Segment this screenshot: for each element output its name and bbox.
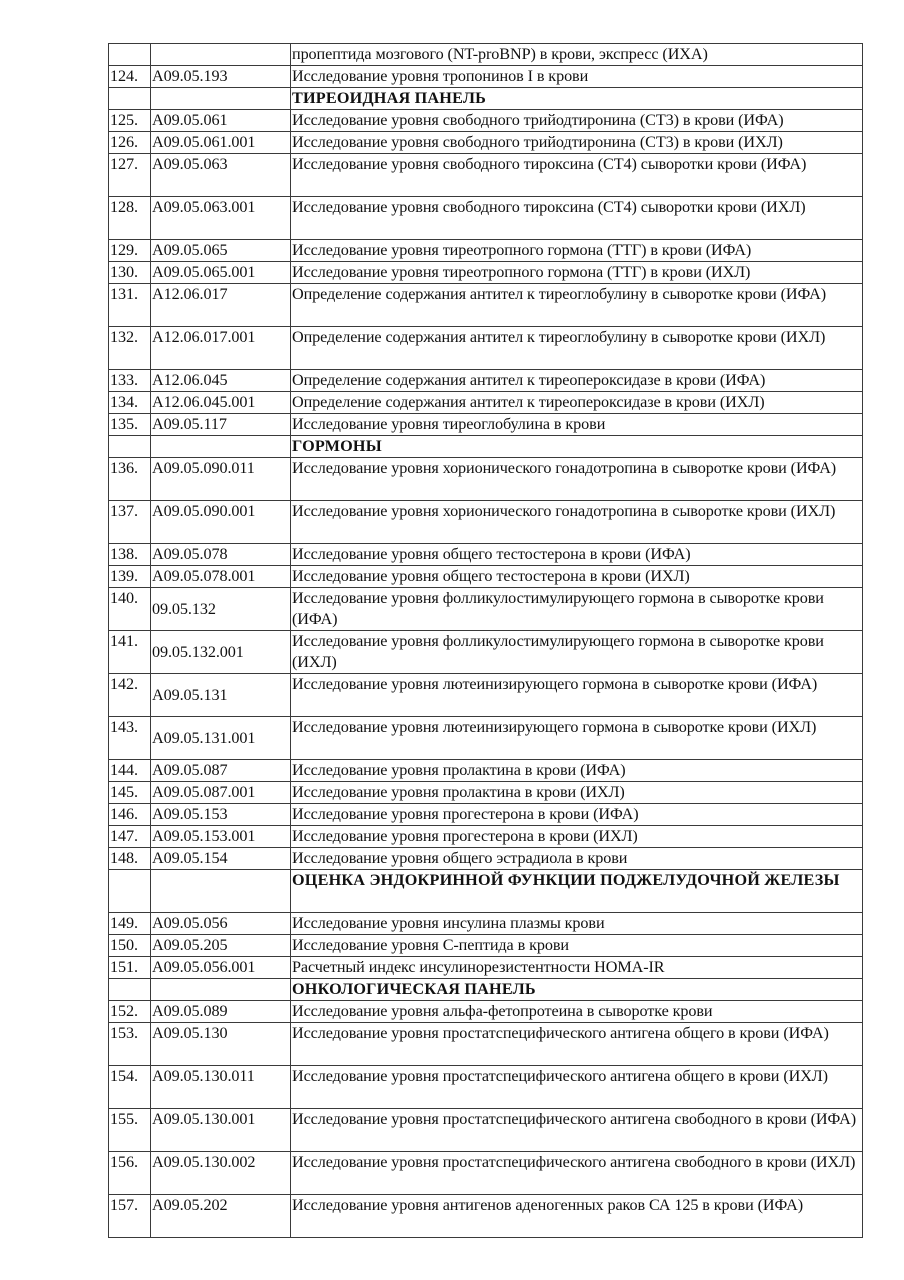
- service-code: A09.05.056: [151, 913, 291, 935]
- row-number: [109, 979, 151, 1001]
- table-row: 126. A09.05.061.001 Исследование уровня …: [109, 132, 863, 154]
- row-number: 145.: [109, 782, 151, 804]
- row-number: 156.: [109, 1152, 151, 1195]
- service-code: A09.05.130.001: [151, 1109, 291, 1152]
- service-name: Исследование уровня простатспецифическог…: [291, 1066, 863, 1109]
- service-code: A12.06.045.001: [151, 392, 291, 414]
- row-number: 146.: [109, 804, 151, 826]
- service-name: Исследование уровня пролактина в крови (…: [291, 782, 863, 804]
- services-table-body: пропептида мозгового (NT-proBNP) в крови…: [109, 44, 863, 1238]
- table-row: 153. A09.05.130 Исследование уровня прос…: [109, 1023, 863, 1066]
- section-title: ГОРМОНЫ: [291, 436, 863, 458]
- service-code: A09.05.078: [151, 544, 291, 566]
- service-name: Определение содержания антител к тиреопе…: [291, 370, 863, 392]
- service-code: A09.05.154: [151, 848, 291, 870]
- table-row: 152. A09.05.089 Исследование уровня альф…: [109, 1001, 863, 1023]
- table-row: 128. A09.05.063.001 Исследование уровня …: [109, 197, 863, 240]
- service-name: Исследование уровня хорионического гонад…: [291, 458, 863, 501]
- service-code: A12.06.017: [151, 284, 291, 327]
- row-number: 140.: [109, 588, 151, 631]
- table-row: 139. A09.05.078.001 Исследование уровня …: [109, 566, 863, 588]
- row-number: [109, 44, 151, 66]
- service-code: A09.05.131.001: [151, 717, 291, 760]
- table-row: 148. A09.05.154 Исследование уровня обще…: [109, 848, 863, 870]
- service-name: Исследование уровня простатспецифическог…: [291, 1023, 863, 1066]
- service-code: A09.05.063.001: [151, 197, 291, 240]
- table-row: 156. A09.05.130.002 Исследование уровня …: [109, 1152, 863, 1195]
- table-row: 143. A09.05.131.001 Исследование уровня …: [109, 717, 863, 760]
- service-code: [151, 44, 291, 66]
- section-title: ТИРЕОИДНАЯ ПАНЕЛЬ: [291, 88, 863, 110]
- row-number: 149.: [109, 913, 151, 935]
- table-row: 131. A12.06.017 Определение содержания а…: [109, 284, 863, 327]
- row-number: 148.: [109, 848, 151, 870]
- service-name: Исследование уровня С-пептида в крови: [291, 935, 863, 957]
- row-number: 144.: [109, 760, 151, 782]
- row-number: 126.: [109, 132, 151, 154]
- row-number: 152.: [109, 1001, 151, 1023]
- service-code: A09.05.090.011: [151, 458, 291, 501]
- service-code: A09.05.131: [151, 674, 291, 717]
- section-title: ОЦЕНКА ЭНДОКРИННОЙ ФУНКЦИИ ПОДЖЕЛУДОЧНОЙ…: [291, 870, 863, 913]
- service-code: A12.06.017.001: [151, 327, 291, 370]
- row-number: 141.: [109, 631, 151, 674]
- service-name: Исследование уровня свободного трийодтир…: [291, 132, 863, 154]
- row-number: [109, 436, 151, 458]
- service-code: [151, 88, 291, 110]
- service-code: A09.05.193: [151, 66, 291, 88]
- service-code: A09.05.063: [151, 154, 291, 197]
- table-row: 147. A09.05.153.001 Исследование уровня …: [109, 826, 863, 848]
- service-name: Исследование уровня тиреотропного гормон…: [291, 262, 863, 284]
- service-code: A09.05.153.001: [151, 826, 291, 848]
- table-row: 129. A09.05.065 Исследование уровня тире…: [109, 240, 863, 262]
- section-title: ОНКОЛОГИЧЕСКАЯ ПАНЕЛЬ: [291, 979, 863, 1001]
- table-row: 137. A09.05.090.001 Исследование уровня …: [109, 501, 863, 544]
- service-name: Исследование уровня тиреотропного гормон…: [291, 240, 863, 262]
- service-code: A09.05.117: [151, 414, 291, 436]
- row-number: 154.: [109, 1066, 151, 1109]
- service-code: A09.05.056.001: [151, 957, 291, 979]
- service-name: Исследование уровня общего тестостерона …: [291, 566, 863, 588]
- table-row: 142. A09.05.131 Исследование уровня люте…: [109, 674, 863, 717]
- service-code: A09.05.061: [151, 110, 291, 132]
- service-code: A09.05.065: [151, 240, 291, 262]
- service-code: A09.05.153: [151, 804, 291, 826]
- section-header-row: ТИРЕОИДНАЯ ПАНЕЛЬ: [109, 88, 863, 110]
- service-name: Исследование уровня пролактина в крови (…: [291, 760, 863, 782]
- section-header-row: ОНКОЛОГИЧЕСКАЯ ПАНЕЛЬ: [109, 979, 863, 1001]
- row-number: 143.: [109, 717, 151, 760]
- row-number: 130.: [109, 262, 151, 284]
- service-name: Исследование уровня прогестерона в крови…: [291, 826, 863, 848]
- row-number: 150.: [109, 935, 151, 957]
- row-number: [109, 88, 151, 110]
- service-code: A09.05.089: [151, 1001, 291, 1023]
- table-row: 132. A12.06.017.001 Определение содержан…: [109, 327, 863, 370]
- table-row: 133. A12.06.045 Определение содержания а…: [109, 370, 863, 392]
- service-name: Исследование уровня хорионического гонад…: [291, 501, 863, 544]
- table-row: пропептида мозгового (NT-proBNP) в крови…: [109, 44, 863, 66]
- service-code: A09.05.205: [151, 935, 291, 957]
- service-name: Определение содержания антител к тиреогл…: [291, 327, 863, 370]
- service-code: [151, 436, 291, 458]
- row-number: 137.: [109, 501, 151, 544]
- service-name: Исследование уровня общего эстрадиола в …: [291, 848, 863, 870]
- service-name: Исследование уровня альфа-фетопротеина в…: [291, 1001, 863, 1023]
- service-name: Исследование уровня инсулина плазмы кров…: [291, 913, 863, 935]
- row-number: 129.: [109, 240, 151, 262]
- service-code: A09.05.065.001: [151, 262, 291, 284]
- service-name: Исследование уровня общего тестостерона …: [291, 544, 863, 566]
- section-header-row: ОЦЕНКА ЭНДОКРИННОЙ ФУНКЦИИ ПОДЖЕЛУДОЧНОЙ…: [109, 870, 863, 913]
- row-number: 131.: [109, 284, 151, 327]
- row-number: 147.: [109, 826, 151, 848]
- row-number: 128.: [109, 197, 151, 240]
- row-number: 151.: [109, 957, 151, 979]
- table-row: 127. A09.05.063 Исследование уровня своб…: [109, 154, 863, 197]
- service-code: A09.05.087: [151, 760, 291, 782]
- table-row: 138. A09.05.078 Исследование уровня обще…: [109, 544, 863, 566]
- service-name: Расчетный индекс инсулинорезистентности …: [291, 957, 863, 979]
- row-number: 136.: [109, 458, 151, 501]
- service-name: Исследование уровня лютеинизирующего гор…: [291, 717, 863, 760]
- service-name: Исследование уровня тиреоглобулина в кро…: [291, 414, 863, 436]
- table-row: 144. A09.05.087 Исследование уровня прол…: [109, 760, 863, 782]
- service-name: пропептида мозгового (NT-proBNP) в крови…: [291, 44, 863, 66]
- row-number: 142.: [109, 674, 151, 717]
- row-number: 157.: [109, 1195, 151, 1238]
- service-name: Исследование уровня лютеинизирующего гор…: [291, 674, 863, 717]
- row-number: 155.: [109, 1109, 151, 1152]
- service-code: [151, 979, 291, 1001]
- row-number: 127.: [109, 154, 151, 197]
- table-row: 157. A09.05.202 Исследование уровня анти…: [109, 1195, 863, 1238]
- service-code: A09.05.130.002: [151, 1152, 291, 1195]
- row-number: [109, 870, 151, 913]
- service-code: A09.05.061.001: [151, 132, 291, 154]
- service-name: Исследование уровня простатспецифическог…: [291, 1109, 863, 1152]
- services-table: пропептида мозгового (NT-proBNP) в крови…: [108, 43, 863, 1238]
- service-code: A09.05.202: [151, 1195, 291, 1238]
- service-code: A09.05.087.001: [151, 782, 291, 804]
- service-name: Исследование уровня антигенов аденогенны…: [291, 1195, 863, 1238]
- table-row: 150. A09.05.205 Исследование уровня С-пе…: [109, 935, 863, 957]
- row-number: 125.: [109, 110, 151, 132]
- table-row: 146. A09.05.153 Исследование уровня прог…: [109, 804, 863, 826]
- section-header-row: ГОРМОНЫ: [109, 436, 863, 458]
- service-code: A09.05.078.001: [151, 566, 291, 588]
- table-row: 136. A09.05.090.011 Исследование уровня …: [109, 458, 863, 501]
- row-number: 134.: [109, 392, 151, 414]
- table-row: 145. A09.05.087.001 Исследование уровня …: [109, 782, 863, 804]
- service-name: Исследование уровня свободного тироксина…: [291, 197, 863, 240]
- table-row: 149. A09.05.056 Исследование уровня инсу…: [109, 913, 863, 935]
- row-number: 133.: [109, 370, 151, 392]
- row-number: 135.: [109, 414, 151, 436]
- service-name: Исследование уровня тропонинов I в крови: [291, 66, 863, 88]
- table-row: 124. A09.05.193 Исследование уровня троп…: [109, 66, 863, 88]
- table-row: 125. A09.05.061 Исследование уровня своб…: [109, 110, 863, 132]
- service-name: Исследование уровня простатспецифическог…: [291, 1152, 863, 1195]
- service-code: A12.06.045: [151, 370, 291, 392]
- service-code: A09.05.130.011: [151, 1066, 291, 1109]
- row-number: 139.: [109, 566, 151, 588]
- service-name: Исследование уровня свободного тироксина…: [291, 154, 863, 197]
- service-name: Исследование уровня свободного трийодтир…: [291, 110, 863, 132]
- table-row: 154. A09.05.130.011 Исследование уровня …: [109, 1066, 863, 1109]
- table-row: 155. A09.05.130.001 Исследование уровня …: [109, 1109, 863, 1152]
- table-row: 134. A12.06.045.001 Определение содержан…: [109, 392, 863, 414]
- service-code: A09.05.090.001: [151, 501, 291, 544]
- service-code: 09.05.132: [151, 588, 291, 631]
- table-row: 141. 09.05.132.001 Исследование уровня ф…: [109, 631, 863, 674]
- row-number: 138.: [109, 544, 151, 566]
- table-row: 130. A09.05.065.001 Исследование уровня …: [109, 262, 863, 284]
- row-number: 132.: [109, 327, 151, 370]
- service-name: Определение содержания антител к тиреогл…: [291, 284, 863, 327]
- service-name: Исследование уровня фолликулостимулирующ…: [291, 631, 863, 674]
- service-name: Определение содержания антител к тиреопе…: [291, 392, 863, 414]
- table-row: 140. 09.05.132 Исследование уровня фолли…: [109, 588, 863, 631]
- service-code: 09.05.132.001: [151, 631, 291, 674]
- row-number: 124.: [109, 66, 151, 88]
- table-row: 151. A09.05.056.001 Расчетный индекс инс…: [109, 957, 863, 979]
- service-code: A09.05.130: [151, 1023, 291, 1066]
- table-row: 135. A09.05.117 Исследование уровня тире…: [109, 414, 863, 436]
- service-name: Исследование уровня фолликулостимулирующ…: [291, 588, 863, 631]
- service-code: [151, 870, 291, 913]
- row-number: 153.: [109, 1023, 151, 1066]
- service-name: Исследование уровня прогестерона в крови…: [291, 804, 863, 826]
